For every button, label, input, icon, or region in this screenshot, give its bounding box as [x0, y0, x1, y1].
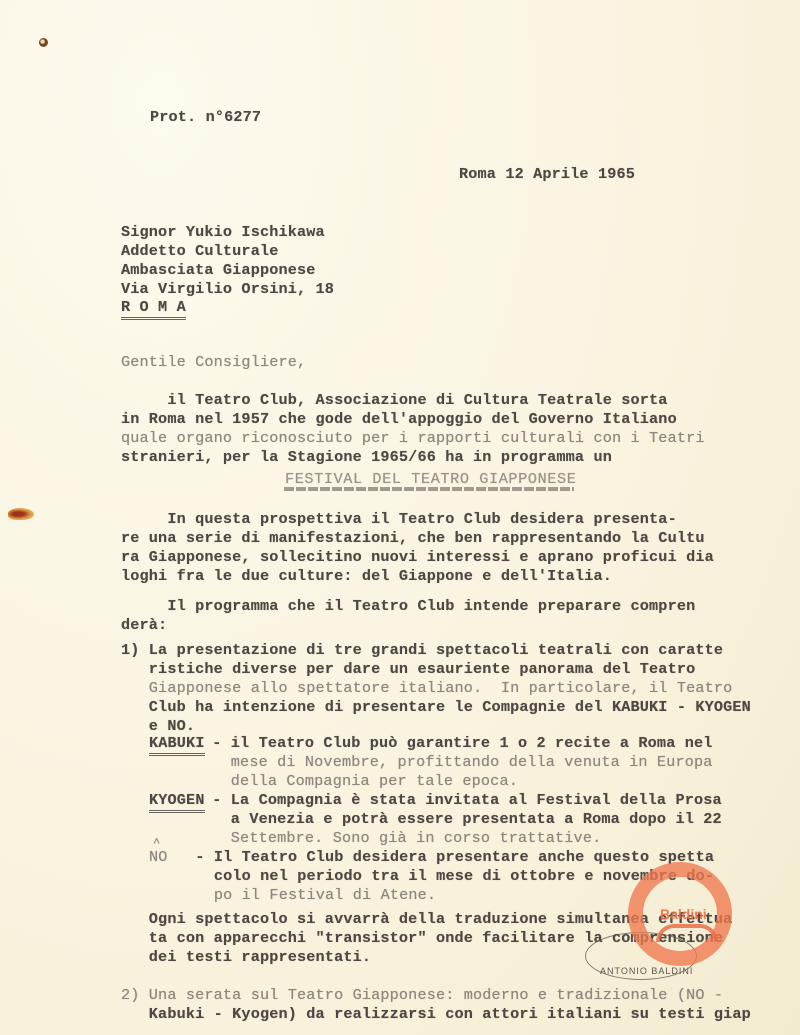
text-line: Club ha intenzione di presentare le Comp… — [121, 698, 751, 716]
baldini-b-logo-icon — [656, 924, 718, 942]
text-line: dei testi rappresentati. — [121, 948, 371, 966]
text-line: il Teatro Club, Associazione di Cultura … — [121, 391, 668, 409]
addressee-line: Ambasciata Giapponese — [121, 261, 316, 279]
addressee-city: R O M A — [121, 298, 186, 320]
festival-title-underline — [284, 487, 574, 491]
baldini-stamp-text: Baldini — [660, 906, 707, 922]
oval-stamp-text: ANTONIO BALDINI — [600, 966, 693, 976]
text-line: mese di Novembre, profittando della venu… — [203, 753, 713, 771]
text-line: - Il Teatro Club desidera presentare anc… — [149, 848, 714, 866]
text-line: derà: — [121, 616, 167, 634]
addressee-line: Addetto Culturale — [121, 242, 279, 260]
text-line: - La Compagnia è stata invitata al Festi… — [203, 791, 722, 809]
protocol-number: Prot. n°6277 — [150, 108, 261, 126]
text-line: 1) La presentazione di tre grandi spetta… — [121, 641, 723, 659]
text-line: 2) Una serata sul Teatro Giapponese: mod… — [121, 986, 723, 1004]
text-line: - il Teatro Club può garantire 1 o 2 rec… — [203, 734, 713, 752]
kabuki-label: KABUKI — [149, 734, 205, 756]
text-line: quale organo riconosciuto per i rapporti… — [121, 429, 705, 447]
text-line: colo nel periodo tra il mese di ottobre … — [149, 867, 714, 885]
text-line: stranieri, per la Stagione 1965/66 ha in… — [121, 448, 612, 466]
text-line: ra Giapponese, sollecitino nuovi interes… — [121, 548, 714, 566]
letter-page: Prot. n°6277 Roma 12 Aprile 1965 Signor … — [0, 0, 800, 1035]
text-line: Kabuki - Kyogen) da realizzarsi con atto… — [121, 1005, 751, 1023]
text-line: della Compagnia per tale epoca. — [203, 772, 518, 790]
addressee-line: Signor Yukio Ischikawa — [121, 223, 325, 241]
date-line: Roma 12 Aprile 1965 — [459, 165, 635, 183]
kyogen-label: KYOGEN — [149, 791, 205, 813]
festival-title: FESTIVAL DEL TEATRO GIAPPONESE — [285, 470, 576, 488]
text-line: e NO. — [121, 717, 195, 735]
text-line: re una serie di manifestazioni, che ben … — [121, 529, 705, 547]
text-line: Giapponese allo spettatore italiano. In … — [121, 679, 732, 697]
text-line: Il programma che il Teatro Club intende … — [121, 597, 695, 615]
text-line: po il Festival di Atene. — [149, 886, 436, 904]
pin-hole-mark — [39, 38, 48, 47]
text-line: ristiche diverse per dare un esauriente … — [121, 660, 695, 678]
rust-stain — [8, 508, 34, 520]
text-line: loghi fra le due culture: del Giappone e… — [121, 567, 612, 585]
salutation: Gentile Consigliere, — [121, 353, 306, 371]
text-line: in Roma nel 1957 che gode dell'appoggio … — [121, 410, 677, 428]
text-line: Settembre. Sono già in corso trattative. — [203, 829, 601, 847]
text-line: a Venezia e potrà essere presentata a Ro… — [203, 810, 722, 828]
text-line: In questa prospettiva il Teatro Club des… — [121, 510, 677, 528]
addressee-line: Via Virgilio Orsini, 18 — [121, 280, 334, 298]
